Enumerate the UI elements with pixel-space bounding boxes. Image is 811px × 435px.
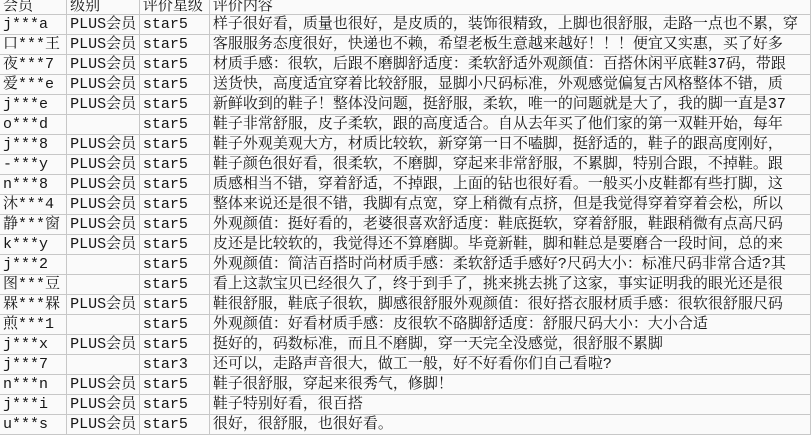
cell-member[interactable]: 煎***1	[0, 315, 67, 335]
review-table-header: 会员 级别 评价星级 评价内容	[0, 0, 811, 15]
cell-stars[interactable]: star5	[139, 215, 209, 235]
cell-content[interactable]: 皮还是比较软的，我觉得还不算磨脚。毕竟新鞋，脚和鞋总是要磨合一段时间，总的来	[209, 235, 810, 255]
cell-level[interactable]: PLUS会员	[67, 215, 140, 235]
cell-member[interactable]: j***x	[0, 335, 67, 355]
cell-level[interactable]: PLUS会员	[67, 75, 140, 95]
cell-stars[interactable]: star5	[139, 155, 209, 175]
cell-member[interactable]: j***a	[0, 15, 67, 35]
cell-member[interactable]: n***n	[0, 375, 67, 395]
cell-content[interactable]: 鞋子特别好看，很百搭	[209, 395, 810, 414]
table-row: 槑***槑PLUS会员star5鞋很舒服，鞋底子很软，脚感很舒服外观颜值：很好搭…	[0, 295, 811, 315]
cell-level[interactable]: PLUS会员	[67, 395, 140, 414]
table-row: j***xPLUS会员star5挺好的，码数标准，而且不磨脚，穿一天完全没感觉，…	[0, 335, 811, 355]
cell-member[interactable]: j***2	[0, 255, 67, 275]
cell-content[interactable]: 客服服务态度很好，快递也不赖，希望老板生意越来越好！！！便宜又实惠，买了好多	[209, 35, 810, 55]
cell-stars[interactable]: star5	[139, 275, 209, 295]
column-header-content[interactable]: 评价内容	[209, 0, 810, 15]
cell-member[interactable]: 静***窗	[0, 215, 67, 235]
cell-stars[interactable]: star5	[139, 195, 209, 215]
table-row: -***yPLUS会员star5鞋子颜色很好看，很柔软，不磨脚，穿起来非常舒服，…	[0, 155, 811, 175]
table-row: n***8PLUS会员star5质感相当不错，穿着舒适，不掉跟，上面的钻也很好看…	[0, 175, 811, 195]
cell-level[interactable]: PLUS会员	[67, 235, 140, 255]
table-row: j***iPLUS会员star5鞋子特别好看，很百搭	[0, 395, 811, 414]
cell-content[interactable]: 鞋子外观美观大方，材质比较软，新穿第一日不嗑脚，挺舒适的，鞋子的跟高度刚好，	[209, 135, 810, 155]
cell-level[interactable]	[67, 275, 140, 295]
cell-stars[interactable]: star5	[139, 55, 209, 75]
table-row: j***aPLUS会员star5样子很好看，质量也很好，是皮质的，装饰很精致，上…	[0, 15, 811, 35]
table-row: j***ePLUS会员star5新鲜收到的鞋子！整体没问题，挺舒服，柔软，唯一的…	[0, 95, 811, 115]
column-header-stars[interactable]: 评价星级	[139, 0, 209, 15]
table-row: 夜***7PLUS会员star5材质手感：很软，后跟不磨脚舒适度：柔软舒适外观颜…	[0, 55, 811, 75]
table-row: j***2star5外观颜值：简洁百搭时尚材质手感：柔软舒适手感好?尺码大小：标…	[0, 255, 811, 275]
table-row: j***8PLUS会员star5鞋子外观美观大方，材质比较软，新穿第一日不嗑脚，…	[0, 135, 811, 155]
cell-content[interactable]: 送货快，高度适宜穿着比较舒服，显脚小尺码标准，外观感觉偏复古风格整体不错，质	[209, 75, 810, 95]
cell-content[interactable]: 鞋子颜色很好看，很柔软，不磨脚，穿起来非常舒服，不累脚，特别合跟，不掉鞋。跟	[209, 155, 810, 175]
cell-stars[interactable]: star5	[139, 315, 209, 335]
cell-level[interactable]: PLUS会员	[67, 95, 140, 115]
cell-stars[interactable]: star5	[139, 115, 209, 135]
cell-level[interactable]: PLUS会员	[67, 175, 140, 195]
table-row: 图***豆star5看上这款宝贝已经很久了，终于到手了，挑来挑去挑了这家，事实证…	[0, 275, 811, 295]
table-row: 沐***4PLUS会员star5整体来说还是很不错，我脚有点宽，穿上稍微有点挤，…	[0, 195, 811, 215]
cell-stars[interactable]: star5	[139, 395, 209, 414]
cell-level[interactable]: PLUS会员	[67, 35, 140, 55]
table-row: n***nPLUS会员star5鞋子很舒服，穿起来很秀气，修脚！	[0, 375, 811, 395]
cell-stars[interactable]: star5	[139, 235, 209, 255]
cell-member[interactable]: k***y	[0, 235, 67, 255]
cell-member[interactable]: 爱***e	[0, 75, 67, 95]
table-row: j***7star3还可以，走路声音很大，做工一般，好不好看你们自己看啦?	[0, 355, 811, 375]
cell-content[interactable]: 鞋很舒服，鞋底子很软，脚感很舒服外观颜值：很好搭衣服材质手感：很软很舒服尺码	[209, 295, 810, 315]
review-table-body: j***aPLUS会员star5样子很好看，质量也很好，是皮质的，装饰很精致，上…	[0, 15, 811, 414]
cell-member[interactable]: 口***王	[0, 35, 67, 55]
cell-member[interactable]: 夜***7	[0, 55, 67, 75]
cell-content[interactable]: 看上这款宝贝已经很久了，终于到手了，挑来挑去挑了这家，事实证明我的眼光还是很	[209, 275, 810, 295]
table-row: o***dstar5鞋子非常舒服，皮子柔软，跟的高度适合。自从去年买了他们家的第…	[0, 115, 811, 135]
cell-level[interactable]: PLUS会员	[67, 55, 140, 75]
cell-stars[interactable]: star3	[139, 355, 209, 375]
header-row: 会员 级别 评价星级 评价内容	[0, 0, 811, 15]
cell-member[interactable]: j***e	[0, 95, 67, 115]
cell-stars[interactable]: star5	[139, 375, 209, 395]
cell-member[interactable]: o***d	[0, 115, 67, 135]
cell-level[interactable]	[67, 115, 140, 135]
cell-content[interactable]: 外观颜值：挺好看的，老婆很喜欢舒适度：鞋底挺软，穿着舒服，鞋跟稍微有点高尺码	[209, 215, 810, 235]
table-row: 口***王PLUS会员star5客服服务态度很好，快递也不赖，希望老板生意越来越…	[0, 35, 811, 55]
cell-stars[interactable]: star5	[139, 335, 209, 355]
cell-content[interactable]: 材质手感：很软，后跟不磨脚舒适度：柔软舒适外观颜值：百搭休闲平底鞋37码，带跟	[209, 55, 810, 75]
cell-content[interactable]: 外观颜值：简洁百搭时尚材质手感：柔软舒适手感好?尺码大小：标准尺码非常合适?其	[209, 255, 810, 275]
cell-level[interactable]	[67, 315, 140, 335]
spreadsheet: 会员 级别 评价星级 评价内容 j***aPLUS会员star5样子很好看，质量…	[0, 0, 811, 413]
cell-level[interactable]	[67, 255, 140, 275]
cell-level[interactable]: PLUS会员	[67, 335, 140, 355]
cell-content[interactable]: 鞋子非常舒服，皮子柔软，跟的高度适合。自从去年买了他们家的第一双鞋开始，每年	[209, 115, 810, 135]
cell-content[interactable]: 还可以，走路声音很大，做工一般，好不好看你们自己看啦?	[209, 355, 810, 375]
cell-stars[interactable]: star5	[139, 295, 209, 315]
cell-member[interactable]: j***8	[0, 135, 67, 155]
cell-stars[interactable]: star5	[139, 15, 209, 35]
cell-content[interactable]: 鞋子很舒服，穿起来很秀气，修脚！	[209, 375, 810, 395]
cell-stars[interactable]: star5	[139, 135, 209, 155]
cell-member[interactable]: 槑***槑	[0, 295, 67, 315]
cell-member[interactable]: 沐***4	[0, 195, 67, 215]
cell-member[interactable]: n***8	[0, 175, 67, 195]
cell-member[interactable]: -***y	[0, 155, 67, 175]
cell-level[interactable]: PLUS会员	[67, 135, 140, 155]
column-header-level[interactable]: 级别	[67, 0, 140, 15]
cell-level[interactable]: PLUS会员	[67, 375, 140, 395]
cell-level[interactable]: PLUS会员	[67, 195, 140, 215]
column-header-member[interactable]: 会员	[0, 0, 67, 15]
cell-content[interactable]: 整体来说还是很不错，我脚有点宽，穿上稍微有点挤，但是我觉得穿着穿着会松，所以	[209, 195, 810, 215]
cell-stars[interactable]: star5	[139, 95, 209, 115]
cell-content[interactable]: 样子很好看，质量也很好，是皮质的，装饰很精致，上脚也很舒服，走路一点也不累，穿	[209, 15, 810, 35]
cell-stars[interactable]: star5	[139, 75, 209, 95]
cell-stars[interactable]: star5	[139, 35, 209, 55]
cell-level[interactable]: PLUS会员	[67, 295, 140, 315]
cell-member[interactable]: 图***豆	[0, 275, 67, 295]
cell-member[interactable]: j***7	[0, 355, 67, 375]
cell-content[interactable]: 新鲜收到的鞋子！整体没问题，挺舒服，柔软，唯一的问题就是大了，我的脚一直是37	[209, 95, 810, 115]
table-row: 煎***1star5外观颜值：好看材质手感：皮很软不硌脚舒适度：舒服尺码大小：大…	[0, 315, 811, 335]
cell-level[interactable]	[67, 355, 140, 375]
cell-content[interactable]: 外观颜值：好看材质手感：皮很软不硌脚舒适度：舒服尺码大小：大小合适	[209, 315, 810, 335]
cell-level[interactable]: PLUS会员	[67, 155, 140, 175]
table-row: 静***窗PLUS会员star5外观颜值：挺好看的，老婆很喜欢舒适度：鞋底挺软，…	[0, 215, 811, 235]
table-row: 爱***ePLUS会员star5送货快，高度适宜穿着比较舒服，显脚小尺码标准，外…	[0, 75, 811, 95]
cell-level[interactable]: PLUS会员	[67, 15, 140, 35]
cell-content[interactable]: 挺好的，码数标准，而且不磨脚，穿一天完全没感觉，很舒服不累脚	[209, 335, 810, 355]
cell-member[interactable]: j***i	[0, 395, 67, 414]
cell-stars[interactable]: star5	[139, 175, 209, 195]
cell-stars[interactable]: star5	[139, 255, 209, 275]
table-row: k***yPLUS会员star5皮还是比较软的，我觉得还不算磨脚。毕竟新鞋，脚和…	[0, 235, 811, 255]
cell-content[interactable]: 质感相当不错，穿着舒适，不掉跟，上面的钻也很好看。一般买小皮鞋都有些打脚，这	[209, 175, 810, 195]
review-table: 会员 级别 评价星级 评价内容 j***aPLUS会员star5样子很好看，质量…	[0, 0, 811, 413]
